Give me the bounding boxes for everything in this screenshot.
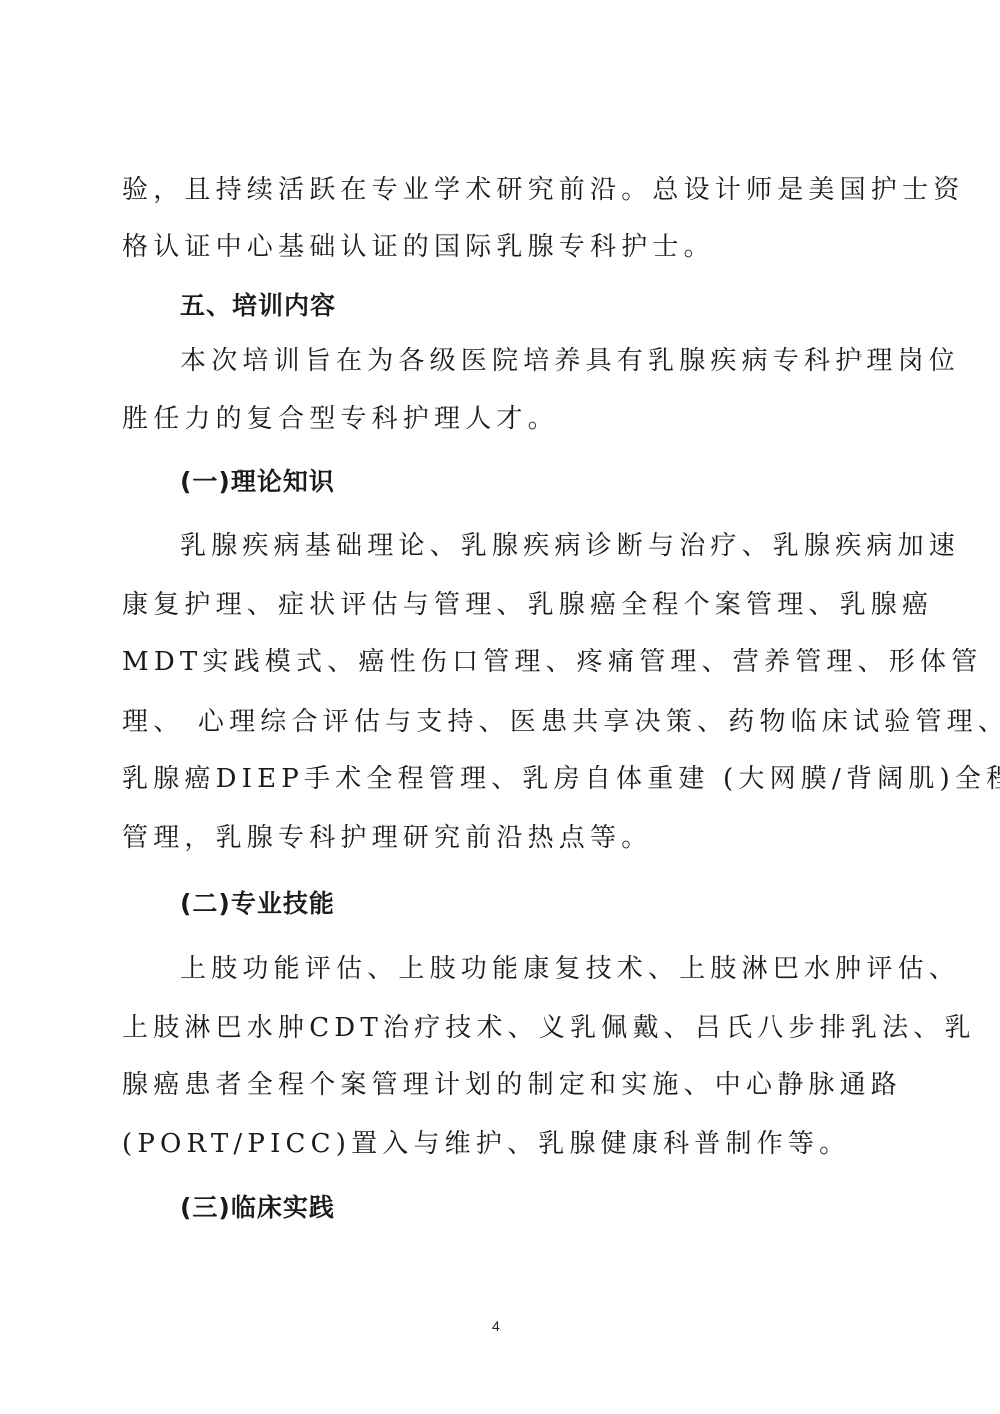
document-page: 验，且持续活跃在专业学术研究前沿。总设计师是美国护士资 格认证中心基础认证的国际… bbox=[0, 0, 1000, 1414]
body-text-line: 康复护理、症状评估与管理、乳腺癌全程个案管理、乳腺癌 bbox=[122, 589, 933, 621]
body-text-line: 理、 心理综合评估与支持、医患共享决策、药物临床试验管理、 bbox=[122, 706, 1000, 738]
subsection-heading: (三)临床实践 bbox=[180, 1192, 335, 1224]
subsection-heading: (一)理论知识 bbox=[180, 466, 335, 498]
body-text-line: 上肢功能评估、上肢功能康复技术、上肢淋巴水肿评估、 bbox=[180, 953, 960, 985]
body-text-line: 验，且持续活跃在专业学术研究前沿。总设计师是美国护士资 bbox=[122, 174, 964, 206]
body-text-line: MDT实践模式、癌性伤口管理、疼痛管理、营养管理、形体管 bbox=[122, 646, 982, 678]
body-text-line: 格认证中心基础认证的国际乳腺专科护士。 bbox=[122, 231, 715, 263]
section-heading: 五、培训内容 bbox=[180, 290, 336, 322]
body-text-line: 乳腺疾病基础理论、乳腺疾病诊断与治疗、乳腺疾病加速 bbox=[180, 530, 960, 562]
body-text-line: 本次培训旨在为各级医院培养具有乳腺疾病专科护理岗位 bbox=[180, 345, 960, 377]
scan-artifact bbox=[859, 354, 862, 357]
page-number: 4 bbox=[492, 1318, 500, 1334]
body-text-line: 上肢淋巴水肿CDT治疗技术、义乳佩戴、吕氏八步排乳法、乳 bbox=[122, 1012, 976, 1044]
body-text-line: (PORT/PICC)置入与维护、乳腺健康科普制作等。 bbox=[122, 1128, 850, 1160]
body-text-line: 管理，乳腺专科护理研究前沿热点等。 bbox=[122, 822, 652, 854]
body-text-line: 乳腺癌DIEP手术全程管理、乳房自体重建 (大网膜/背阔肌)全程 bbox=[122, 763, 1000, 795]
body-text-line: 胜任力的复合型专科护理人才。 bbox=[122, 403, 559, 435]
subsection-heading: (二)专业技能 bbox=[180, 888, 335, 920]
body-text-line: 腺癌患者全程个案管理计划的制定和实施、中心静脉通路 bbox=[122, 1069, 902, 1101]
